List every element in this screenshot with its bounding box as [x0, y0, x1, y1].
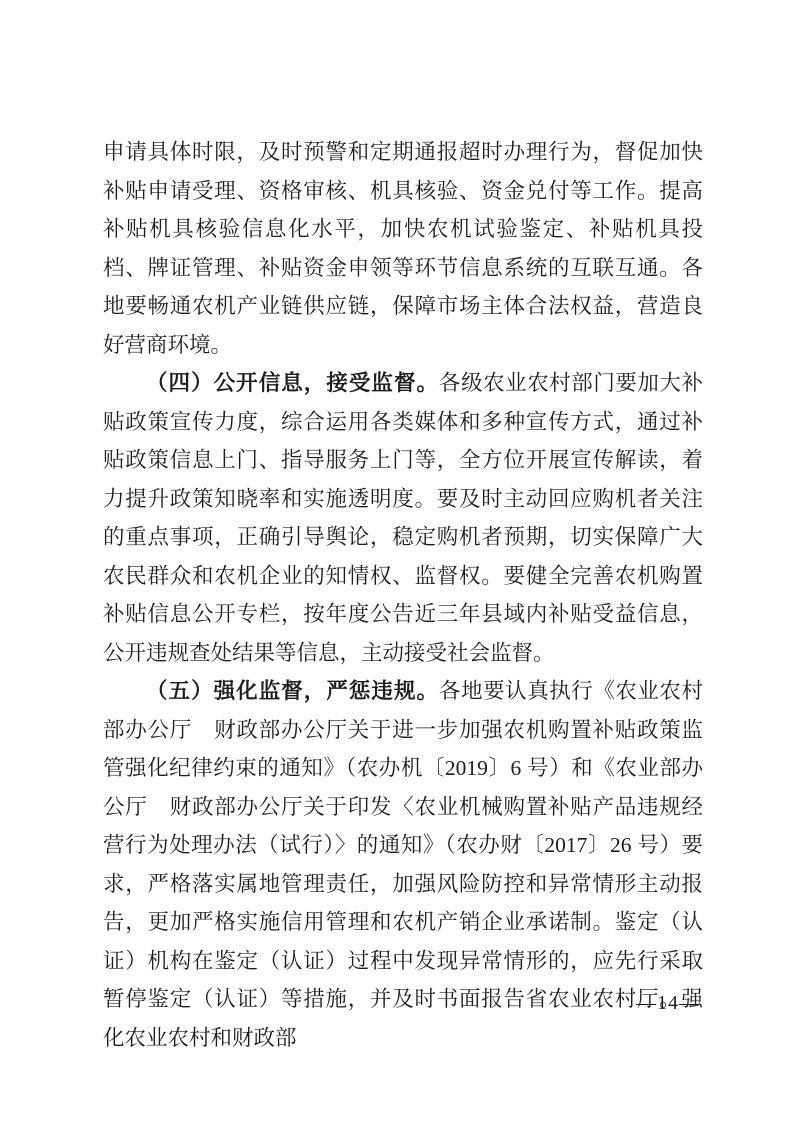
section-5-heading: （五）强化监督，严惩违规。 [146, 679, 439, 703]
document-page: 申请具体时限，及时预警和定期通报超时办理行为，督促加快补贴申请受理、资格审核、机… [0, 0, 793, 1122]
page-number: —14— [103, 991, 700, 1015]
paragraph-continuation: 申请具体时限，及时预警和定期通报超时办理行为，督促加快补贴申请受理、资格审核、机… [103, 133, 703, 364]
paragraph-text: 各级农业农村部门要加大补贴政策宣传力度，综合运用各类媒体和多种宣传方式，通过补贴… [103, 371, 703, 665]
section-4-heading: （四）公开信息，接受监督。 [146, 371, 439, 395]
paragraph-section-4: （四）公开信息，接受监督。各级农业农村部门要加大补贴政策宣传力度，综合运用各类媒… [103, 364, 703, 672]
document-body: 申请具体时限，及时预警和定期通报超时办理行为，督促加快补贴申请受理、资格审核、机… [103, 133, 703, 1057]
paragraph-text: 申请具体时限，及时预警和定期通报超时办理行为，督促加快补贴申请受理、资格审核、机… [103, 140, 703, 357]
